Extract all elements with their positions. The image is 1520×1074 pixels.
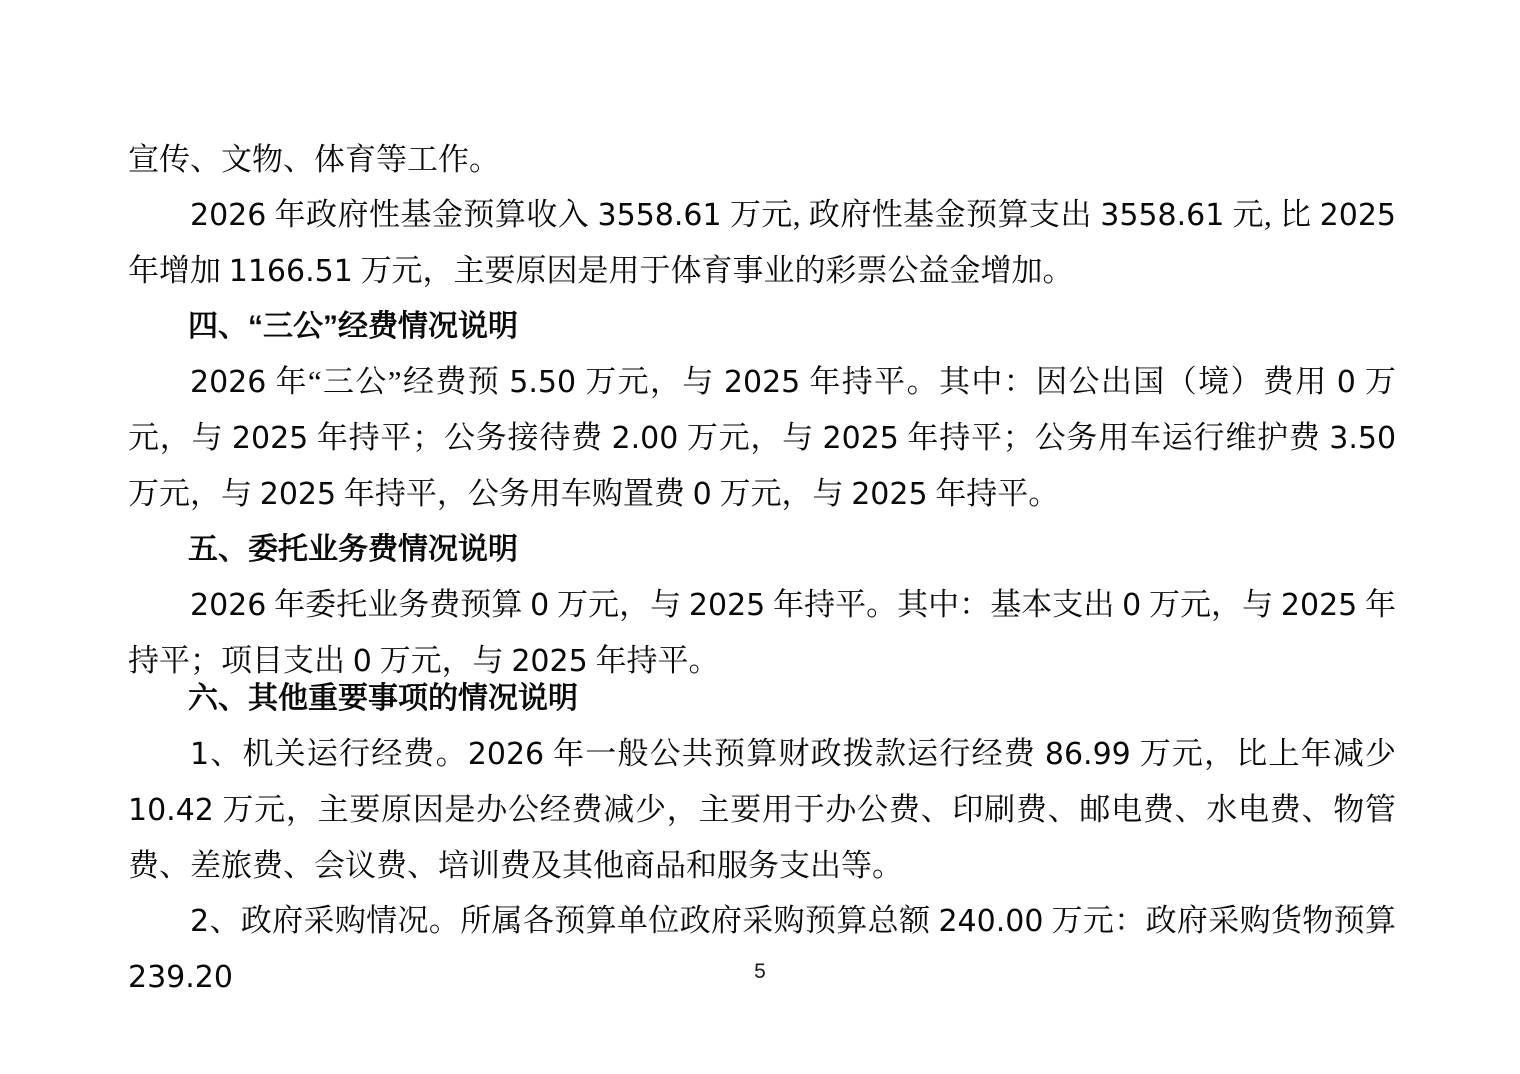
numeric-text-run: 2026 xyxy=(190,365,266,400)
text-run: 年持平。 xyxy=(928,476,1060,511)
numeric-text-run: 0 xyxy=(1337,365,1356,400)
numeric-text-run: 2025 xyxy=(1320,198,1396,233)
text-run: 万元, 政府性基金预算支出 xyxy=(722,197,1101,232)
text-run: 万元，与 xyxy=(549,587,689,622)
document-page: 宣传、文物、体育等工作。 2026 年政府性基金预算收入 3558.61 万元,… xyxy=(0,0,1520,1074)
paragraph-agency-operating-cost: 1、机关运行经费。2026 年一般公共预算财政拨款运行经费 86.99 万元，比… xyxy=(128,726,1396,893)
text-run: 万元：政府采购货物预算 xyxy=(1043,903,1396,938)
text-run: 年政府性基金预算收入 xyxy=(266,197,597,232)
paragraph-three-public-funds-detail: 2026 年“三公”经费预 5.50 万元，与 2025 年持平。其中：因公出国… xyxy=(128,354,1396,522)
numeric-text-run: 2025 xyxy=(260,477,336,512)
text-run: 万元，主要原因是办公经费减少，主要用于办公费、印刷费、邮电费、水电费、物管费、差… xyxy=(128,792,1396,883)
numeric-text-run: 10.42 xyxy=(128,793,214,828)
paragraph-continuation-work: 宣传、文物、体育等工作。 xyxy=(128,132,1396,187)
text-run: 年委托业务费预算 xyxy=(266,587,530,622)
text-run: 万元，主要原因是用于体育事业的彩票公益金增加。 xyxy=(353,253,1074,288)
text-run: 年持平；公务用车运行维护费 xyxy=(899,420,1329,455)
text-run: 年持平。 xyxy=(588,643,720,678)
text-run: 年一般公共预算财政拨款运行经费 xyxy=(544,736,1045,771)
text-run: 元, 比 xyxy=(1224,197,1319,232)
numeric-text-run: 5.50 xyxy=(509,365,576,400)
numeric-text-run: 2 xyxy=(190,904,209,939)
numeric-text-run: 2025 xyxy=(689,588,765,623)
text-run: 六、其他重要事项的情况说明 xyxy=(188,682,578,715)
text-run: 年持平，公务用车购置费 xyxy=(336,476,693,511)
numeric-text-run: 2026 xyxy=(190,198,266,233)
text-run: 、政府采购情况。所属各预算单位政府采购预算总额 xyxy=(209,903,938,938)
text-run: 四、“三公”经费情况说明 xyxy=(188,310,518,343)
numeric-text-run: 3558.61 xyxy=(598,198,722,233)
numeric-text-run: 1166.51 xyxy=(229,254,353,289)
heading-section-6-other-important-matters: 六、其他重要事项的情况说明 xyxy=(128,671,1396,726)
numeric-text-run: 0 xyxy=(1122,588,1141,623)
text-run: 万元，与 xyxy=(712,476,852,511)
text-run: 年持平；公务接待费 xyxy=(308,420,611,455)
numeric-text-run: 1 xyxy=(190,737,209,772)
numeric-text-run: 2026 xyxy=(468,737,544,772)
numeric-text-run: 2025 xyxy=(1281,588,1357,623)
numeric-text-run: 3558.61 xyxy=(1100,198,1224,233)
numeric-text-run: 2025 xyxy=(823,421,899,456)
text-run: 五、委托业务费情况说明 xyxy=(188,533,518,566)
text-run: 万元，与 xyxy=(128,476,260,511)
numeric-text-run: 86.99 xyxy=(1045,737,1131,772)
text-run: 、机关运行经费。 xyxy=(209,736,468,771)
numeric-text-run: 2025 xyxy=(232,421,308,456)
heading-section-5-entrusted-business-fee: 五、委托业务费情况说明 xyxy=(128,522,1396,577)
text-run: 万元，比上年减少 xyxy=(1131,736,1396,771)
text-run: 年“三公”经费预 xyxy=(266,364,509,399)
heading-section-4-three-public-funds: 四、“三公”经费情况说明 xyxy=(128,299,1396,354)
numeric-text-run: 240.00 xyxy=(938,904,1043,939)
text-run: 年增加 xyxy=(128,253,229,288)
text-run: 万元，与 xyxy=(576,364,724,399)
text-run: 年持平。其中：因公出国（境）费用 xyxy=(800,364,1337,399)
numeric-text-run: 2025 xyxy=(851,477,927,512)
numeric-text-run: 2025 xyxy=(724,365,800,400)
text-run: 万元，与 xyxy=(1141,587,1281,622)
numeric-text-run: 2026 xyxy=(190,588,266,623)
text-run: 宣传、文物、体育等工作。 xyxy=(128,142,500,177)
numeric-text-run: 3.50 xyxy=(1329,421,1396,456)
numeric-text-run: 0 xyxy=(693,477,712,512)
paragraph-gov-fund-budget: 2026 年政府性基金预算收入 3558.61 万元, 政府性基金预算支出 35… xyxy=(128,187,1396,299)
numeric-text-run: 0 xyxy=(530,588,549,623)
paragraph-government-procurement: 2、政府采购情况。所属各预算单位政府采购预算总额 240.00 万元：政府采购货… xyxy=(128,893,1396,1005)
text-run: 年持平。其中：基本支出 xyxy=(765,587,1122,622)
page-number: 5 xyxy=(0,958,1520,986)
text-run: 万元，与 xyxy=(678,420,822,455)
document-body: 宣传、文物、体育等工作。 2026 年政府性基金预算收入 3558.61 万元,… xyxy=(128,132,1396,1005)
numeric-text-run: 2.00 xyxy=(611,421,678,456)
